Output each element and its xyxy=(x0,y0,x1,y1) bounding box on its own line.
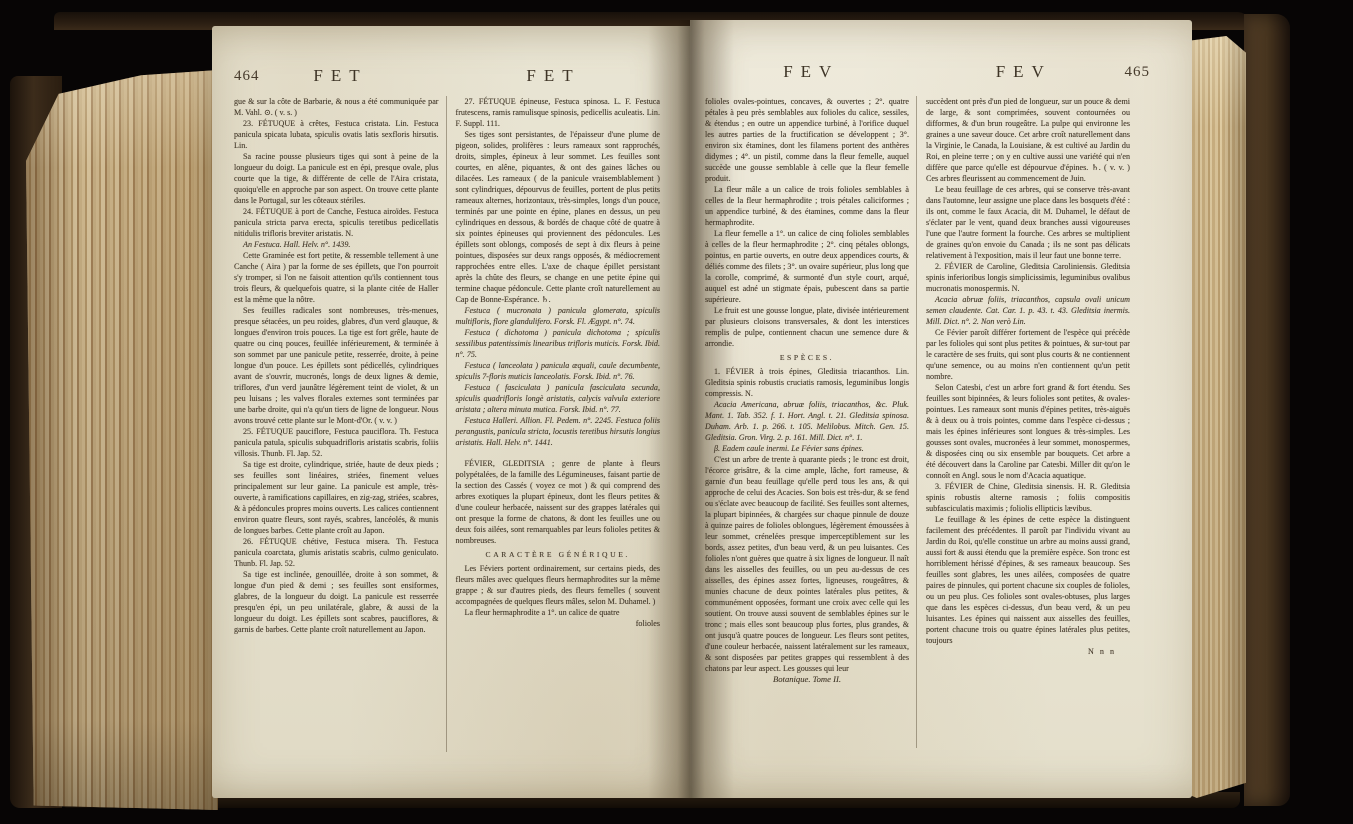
running-head: FET xyxy=(234,66,447,86)
text-block-right: folioles ovales-pointues, concaves, & ou… xyxy=(705,96,1130,748)
paragraph: ESPÈCES. xyxy=(705,352,909,363)
running-head: FEV xyxy=(705,62,918,82)
paragraph: N n n xyxy=(926,646,1130,657)
text-block-left: gue & sur la côte de Barbarie, & nous a … xyxy=(234,96,660,752)
text-column-4: succèdent ont près d'un pied de longueur… xyxy=(916,96,1130,748)
running-heads-right: FEV FEV xyxy=(705,62,1130,82)
paragraph: 1. FÉVIER à trois épines, Gleditsia tria… xyxy=(705,366,909,399)
book-cover-right xyxy=(1244,14,1290,806)
text-column-2: 27. FÉTUQUE épineuse, Festuca spinosa. L… xyxy=(446,96,661,752)
paragraph: Festuca ( mucronata ) panicula glomerata… xyxy=(456,305,661,327)
paragraph: Ses tiges sont persistantes, de l'épaiss… xyxy=(456,129,661,305)
paragraph: Festuca ( fasciculata ) panicula fascicu… xyxy=(456,382,661,415)
paragraph: Les Féviers portent ordinairement, sur c… xyxy=(456,563,661,607)
paragraph: Acacia Americana, abruæ foliis, triacant… xyxy=(705,399,909,443)
text-column-3: folioles ovales-pointues, concaves, & ou… xyxy=(705,96,909,748)
running-head: FEV xyxy=(918,62,1131,82)
paragraph: 26. FÉTUQUE chétive, Festuca misera. Th.… xyxy=(234,536,439,569)
paragraph: Sa racine pousse plusieurs tiges qui son… xyxy=(234,151,439,206)
paragraph: Le beau feuillage de ces arbres, qui se … xyxy=(926,184,1130,261)
paragraph: 24. FÉTUQUE à port de Canche, Festuca ai… xyxy=(234,206,439,239)
paragraph: CARACTÈRE GÉNÉRIQUE. xyxy=(456,549,661,560)
paragraph: Selon Catesbi, c'est un arbre fort grand… xyxy=(926,382,1130,481)
paragraph: β. Eadem caule inermi. Le Févier sans ép… xyxy=(705,443,909,454)
paragraph: Le fruit est une gousse longue, plate, d… xyxy=(705,305,909,349)
paragraph: Sa tige est inclinée, genouillée, droite… xyxy=(234,569,439,635)
paragraph: Le feuillage & les épines de cette espèc… xyxy=(926,514,1130,646)
paragraph: folioles ovales-pointues, concaves, & ou… xyxy=(705,96,909,184)
paragraph: Botanique. Tome II. xyxy=(705,674,909,685)
page-stack-fore-edge-right xyxy=(1190,36,1246,798)
page-stack-fore-edge-left xyxy=(26,64,218,810)
text-column-1: gue & sur la côte de Barbarie, & nous a … xyxy=(234,96,439,752)
running-heads-left: FET FET xyxy=(234,66,660,86)
paragraph: Cette Graminée est fort petite, & ressem… xyxy=(234,250,439,305)
book-photo: 464 FET FET gue & sur la côte de Barbari… xyxy=(0,0,1353,824)
page-right: 465 FEV FEV folioles ovales-pointues, co… xyxy=(690,20,1192,798)
paragraph: Sa tige est droite, cylindrique, striée,… xyxy=(234,459,439,536)
paragraph: C'est un arbre de trente à quarante pied… xyxy=(705,454,909,674)
paragraph: 27. FÉTUQUE épineuse, Festuca spinosa. L… xyxy=(456,96,661,129)
paragraph: 3. FÉVIER de Chine, Gleditsia sinensis. … xyxy=(926,481,1130,514)
running-head: FET xyxy=(447,66,660,86)
paragraph: FÉVIER, GLEDITSIA ; genre de plante à fl… xyxy=(456,458,661,546)
paragraph: 23. FÉTUQUE à crêtes, Festuca cristata. … xyxy=(234,118,439,151)
paragraph: La fleur hermaphrodite a 1°. un calice d… xyxy=(456,607,661,618)
paragraph: Festuca ( dichotoma ) panicula dichotoma… xyxy=(456,327,661,360)
paragraph: 25. FÉTUQUE pauciflore, Festuca pauciflo… xyxy=(234,426,439,459)
paragraph: folioles xyxy=(456,618,661,629)
paragraph: gue & sur la côte de Barbarie, & nous a … xyxy=(234,96,439,118)
paragraph: 2. FÉVIER de Caroline, Gleditsia Carolin… xyxy=(926,261,1130,294)
paragraph: succèdent ont près d'un pied de longueur… xyxy=(926,96,1130,184)
paragraph: Ses feuilles radicales sont nombreuses, … xyxy=(234,305,439,426)
paragraph: Ce Févier paroît différer fortement de l… xyxy=(926,327,1130,382)
paragraph: La fleur mâle a un calice de trois folio… xyxy=(705,184,909,228)
page-left: 464 FET FET gue & sur la côte de Barbari… xyxy=(212,26,690,798)
paragraph: Festuca Halleri. Allion. Fl. Pedem. n°. … xyxy=(456,415,661,448)
paragraph: La fleur femelle a 1°. un calice de cinq… xyxy=(705,228,909,305)
paragraph: Festuca ( lanceolata ) panicula æquali, … xyxy=(456,360,661,382)
paragraph: An Festuca. Hall. Helv. n°. 1439. xyxy=(234,239,439,250)
paragraph: Acacia abruæ foliis, triacanthos, capsul… xyxy=(926,294,1130,327)
